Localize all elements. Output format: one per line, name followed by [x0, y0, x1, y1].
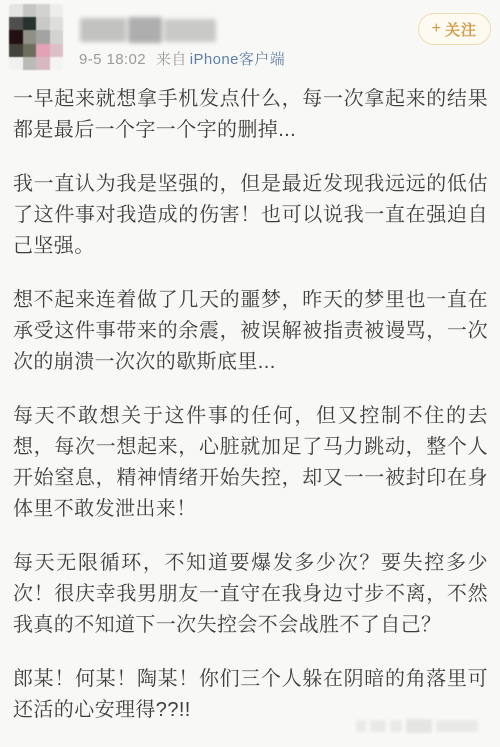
post-paragraph: 一早起来就想拿手机发点什么，每一次拿起来的结果都是最后一个字一个字的删掉...: [13, 84, 488, 146]
follow-button[interactable]: + 关注: [418, 13, 491, 45]
post-paragraph: 每天不敢想关于这件事的任何，但又控制不住的去想，每次一想起来，心脏就加足了马力跳…: [13, 401, 488, 525]
post-header: 9-5 18:02来自iPhone客户端 + 关注: [0, 0, 500, 80]
timestamp: 9-5 18:02: [79, 51, 146, 68]
post-paragraph: 我一直认为我是坚强的，但是最近发现我远远的低估了这件事对我造成的伤害！也可以说我…: [13, 169, 488, 262]
username-blur-block: [80, 18, 126, 42]
post-paragraph: 郎某！何某！陶某！你们三个人躲在阴暗的角落里可还活的心安理得??!!: [13, 664, 488, 726]
source-prefix: 来自: [156, 51, 187, 68]
post-meta: 9-5 18:02来自iPhone客户端: [79, 48, 285, 69]
follow-button-label: 关注: [445, 19, 477, 40]
post-paragraph: 想不起来连着做了几天的噩梦，昨天的梦里也一直在承受这件事带来的余震，被误解被指责…: [13, 285, 488, 378]
post-body: 一早起来就想拿手机发点什么，每一次拿起来的结果都是最后一个字一个字的删掉... …: [13, 84, 488, 747]
watermark: [356, 719, 478, 733]
post-card: 9-5 18:02来自iPhone客户端 + 关注 一早起来就想拿手机发点什么，…: [0, 0, 500, 747]
username-blur-block: [128, 17, 162, 43]
username-blur-block: [164, 19, 216, 42]
plus-icon: +: [432, 20, 442, 38]
avatar[interactable]: [9, 4, 63, 70]
post-paragraph: 每天无限循环，不知道要爆发多少次？要失控多少次！很庆幸我男朋友一直守在我身边寸步…: [13, 548, 488, 641]
source-app-link[interactable]: iPhone客户端: [190, 51, 285, 68]
username[interactable]: [80, 16, 216, 44]
